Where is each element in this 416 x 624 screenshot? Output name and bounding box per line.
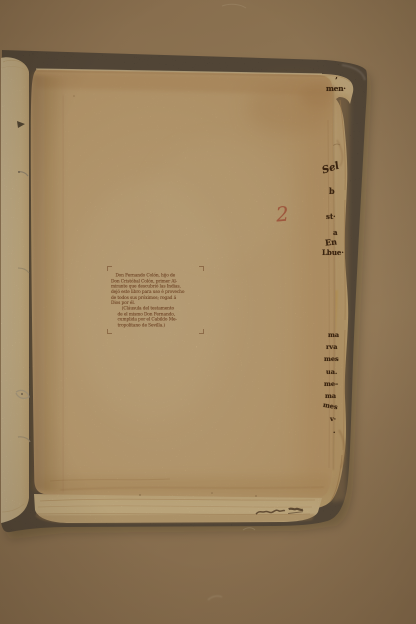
exlibris-corner-mark [199,329,204,334]
manuscript-edge-fragment: mes [324,355,339,363]
manuscript-edge-fragment: st· [326,212,336,221]
manuscript-edge-fragment: v· [330,415,336,423]
book-photo-illustration [0,0,416,624]
exlibris-corner-mark [107,266,112,271]
manuscript-edge-fragment: ma [325,392,336,400]
folio-number-handwritten: 2 [275,201,290,226]
manuscript-edge-fragment: En [325,236,338,247]
exlibris-corner-mark [107,329,112,334]
manuscript-edge-fragment: ma [328,331,339,339]
manuscript-edge-fragment: men· [326,84,346,93]
manuscript-edge-fragment: ua. [326,368,337,376]
manuscript-edge-fragment: b [329,186,335,196]
exlibris-line: tropolitano de Sevilla.) [117,323,206,329]
manuscript-edge-fragment: me– [324,380,338,388]
manuscript-edge-fragment: Lbue· [322,248,344,257]
photo-grain [0,0,416,624]
manuscript-edge-fragment: rva [326,343,337,351]
photo-backdrop-cardboard: Don Fernando Colón, hijo de Don Cristóba… [0,0,416,624]
manuscript-edge-fragment: · [333,428,335,437]
exlibris-text: Don Fernando Colón, hijo de Don Cristóba… [111,273,207,328]
exlibris-corner-mark [199,266,204,271]
exlibris-label: Don Fernando Colón, hijo de Don Cristóba… [107,266,204,334]
